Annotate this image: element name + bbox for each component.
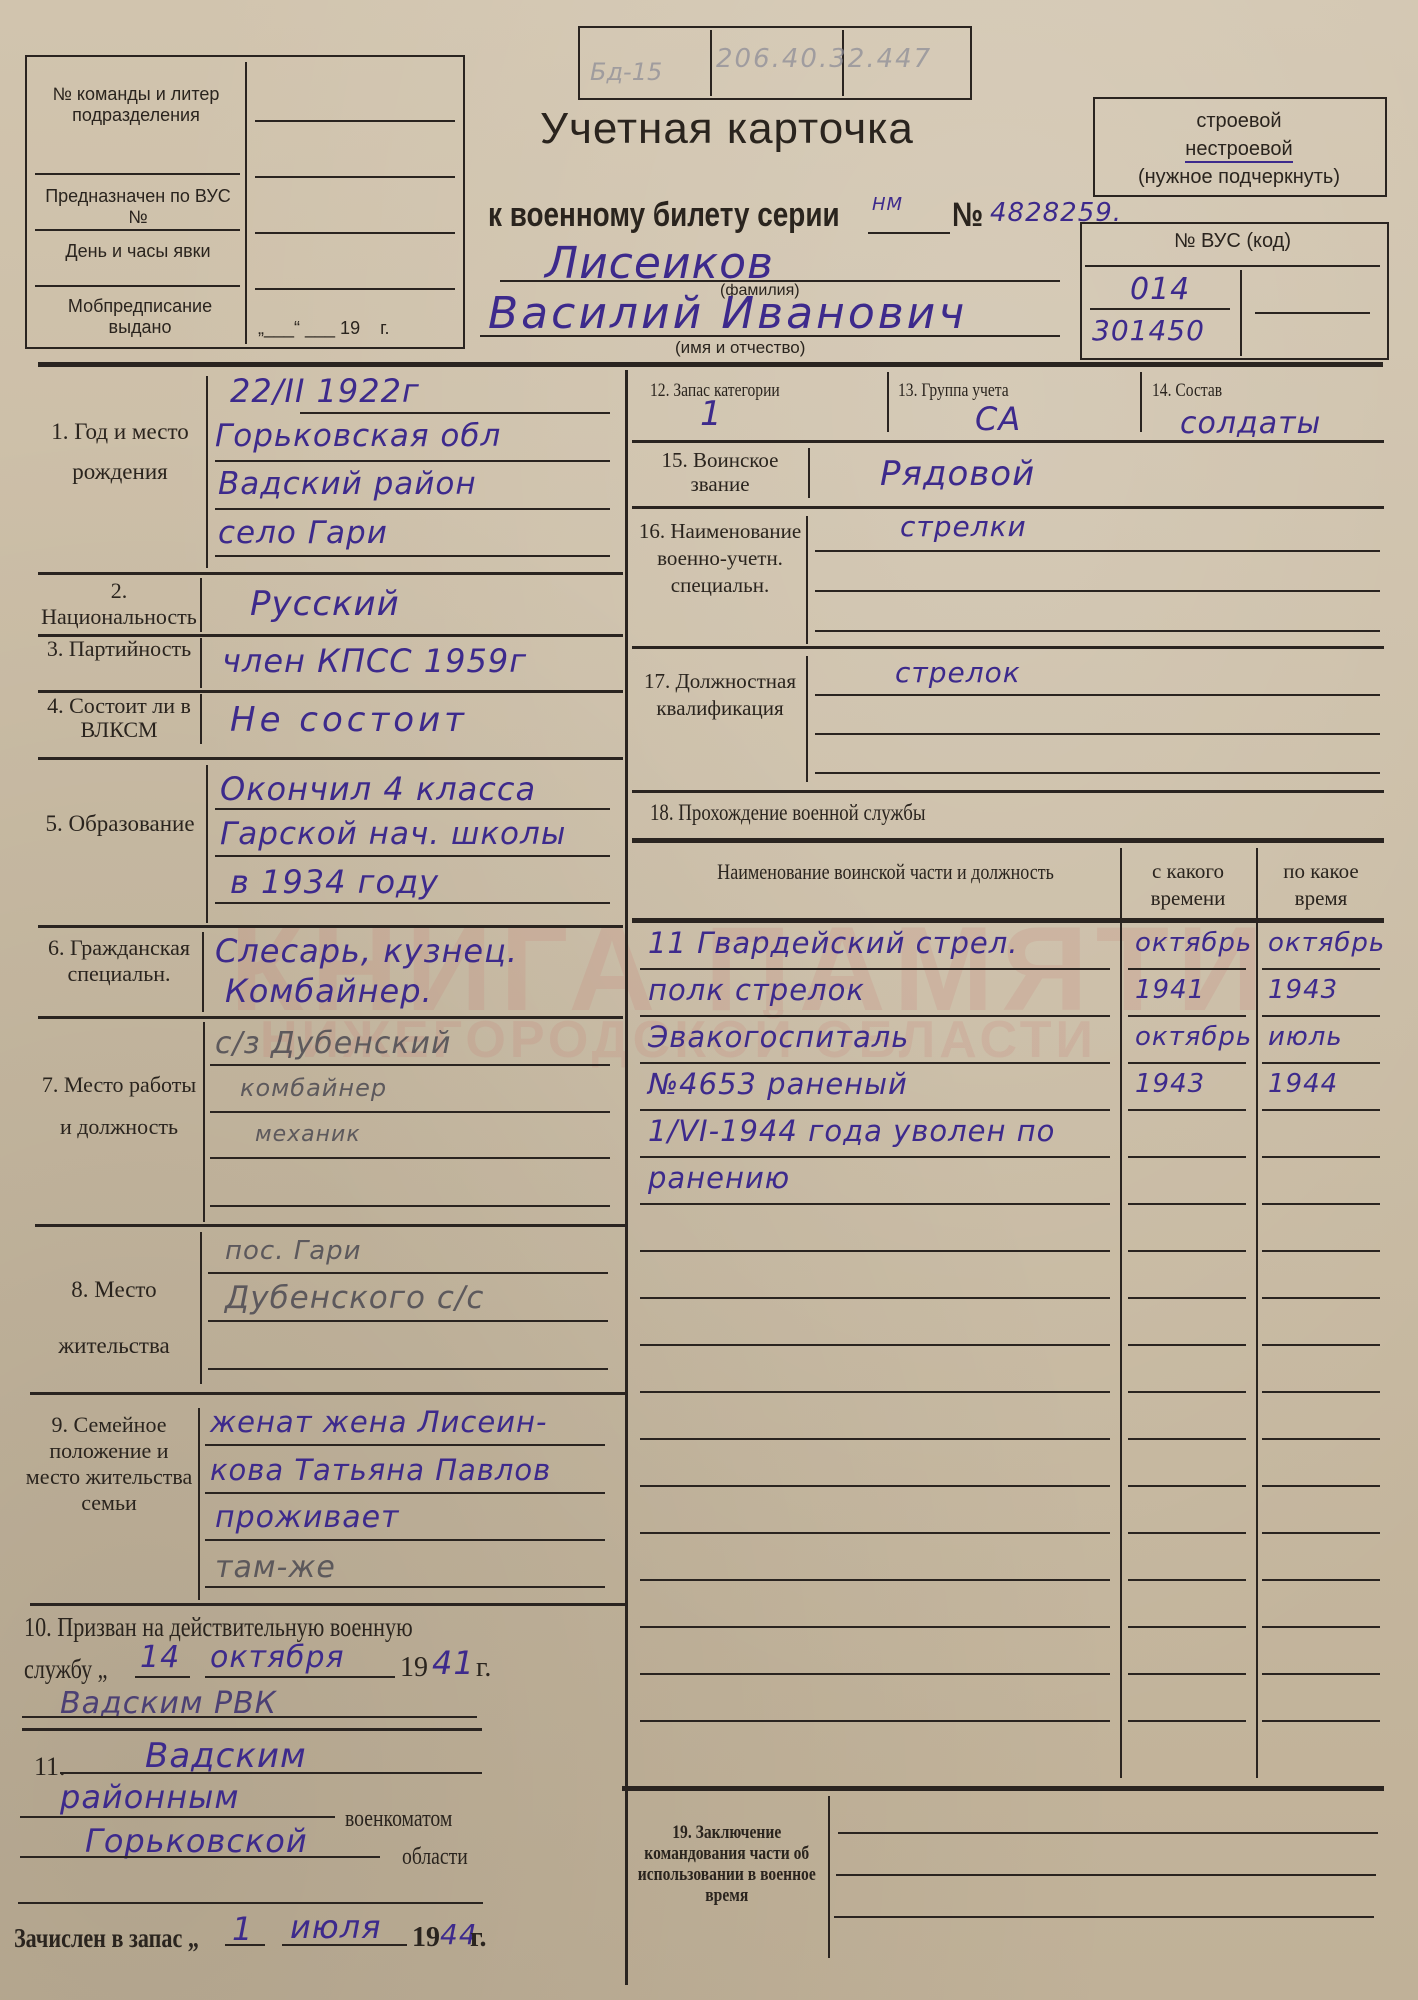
field-4-value: Не состоит [230,700,468,740]
service-row-from: октябрь [1135,1022,1252,1052]
row-rule [1262,1109,1380,1111]
row-rule [1128,1250,1246,1252]
field-15-label: 15. Воинское звание [635,448,805,496]
row-rule [1262,1344,1380,1346]
field-13-label: 13. Группа учета [898,380,1009,402]
service-row-unit: полк стрелок [648,973,865,1007]
stamp-label-vus: Предназначен по ВУС № [38,186,238,228]
service-type-combat: строевой [1093,110,1385,133]
stamp-label-appearance: День и часы явки [38,241,238,262]
archive-code-1: Бд-15 [590,58,662,86]
service-row-unit: 1/VI-1944 года уволен по [648,1114,1055,1148]
service-row-to: июль [1268,1022,1343,1052]
row-rule [1128,1579,1246,1581]
field-1-line-2: Горьковская обл [215,418,501,454]
reserve-month: июля [290,1908,381,1946]
field-1-line-1: 22/II 1922г [230,372,420,410]
row-rule [1262,1626,1380,1628]
row-rule [640,1485,1110,1487]
row-rule [1128,1391,1246,1393]
row-rule [1262,1156,1380,1158]
ticket-series: НМ [872,194,903,215]
reserve-day: 1 [232,1910,253,1948]
row-rule [1262,1673,1380,1675]
field-9-line-3: проживает [215,1500,400,1535]
field-12-value: 1 [700,394,723,434]
service-row-unit: №4653 раненый [648,1067,908,1101]
field-14-value: солдаты [1180,406,1321,441]
service-type-noncombat: нестроевой [1093,138,1385,161]
service-row-from: 1941 [1135,975,1205,1005]
field-3-value: член КПСС 1959г [222,642,527,680]
row-rule [640,1532,1110,1534]
row-rule [1128,1720,1246,1722]
row-rule [1128,1156,1246,1158]
field-11-suffix-2: военкоматом [345,1806,452,1833]
row-rule [640,1156,1110,1158]
row-rule [1128,1203,1246,1205]
row-rule [640,1297,1110,1299]
name-caption: (имя и отчество) [675,338,805,358]
row-rule [1262,1391,1380,1393]
row-rule [1262,1532,1380,1534]
row-rule [1262,1250,1380,1252]
field-10-label: 10. Призван на действительную военную [24,1612,413,1643]
field-9-line-1: женат жена Лисеин- [210,1405,547,1439]
field-7-label: 7. Место работы и должность [38,1064,200,1148]
row-rule [1128,1673,1246,1675]
row-rule [1262,1720,1380,1722]
row-rule [1262,1485,1380,1487]
row-rule [640,1438,1110,1440]
field-5-line-3: в 1934 году [230,863,439,901]
vus-code-top: 014 [1130,272,1190,307]
field-5-line-2: Гарской нач. школы [220,816,566,852]
field-1-line-3: Вадский район [218,466,477,502]
service-col-from: с какого времени [1122,858,1254,912]
row-rule [640,1062,1110,1064]
archive-code-2: 206.40.32.447 [716,44,932,74]
service-row-to: октябрь [1268,928,1385,958]
field-10-year-prefix: 19 [400,1652,428,1684]
row-rule [1128,1626,1246,1628]
reserve-label: Зачислен в запас „ [14,1923,199,1954]
row-rule [1262,1062,1380,1064]
row-rule [1128,1297,1246,1299]
service-row-to: 1944 [1268,1069,1338,1099]
row-rule [640,1015,1110,1017]
field-1-label: 1. Год и место рождения [40,412,200,492]
field-8-line-1: пос. Гари [225,1236,362,1266]
field-11-line-1: Вадским [145,1736,307,1776]
field-10-year-suffix: 41 [432,1644,475,1682]
field-16-label: 16. Наименование военно-учетн. специальн… [635,518,805,599]
field-9-line-4: там-же [215,1550,336,1585]
row-rule [640,1344,1110,1346]
service-row-from: октябрь [1135,928,1252,958]
field-7-line-2: комбайнер [240,1074,387,1102]
field-18-title: 18. Прохождение военной службы [650,800,925,826]
page-title: Учетная карточка [540,104,914,154]
service-col-unit: Наименование воинской части и должность [660,858,1111,885]
field-7-line-1: с/з Дубенский [215,1026,451,1061]
reserve-year-prefix: 19 [412,1922,440,1954]
field-11-line-3: Горьковской [85,1822,308,1860]
field-5-label: 5. Образование [40,798,200,850]
field-8-line-2: Дубенского с/с [225,1280,484,1316]
field-11-line-2: районным [60,1778,240,1816]
field-2-label: 2. Национальность [40,578,198,630]
field-17-label: 17. Должностная квалификация [635,668,805,722]
field-10-day: 14 [140,1640,180,1675]
field-2-value: Русский [250,584,400,624]
field-17-value: стрелок [895,656,1021,689]
service-row-from: 1943 [1135,1069,1205,1099]
field-9-line-2: кова Татьяна Павлов [210,1453,551,1487]
field-16-value: стрелки [900,510,1027,543]
field-8-label: 8. Место жительства [30,1262,198,1374]
row-rule [1262,1297,1380,1299]
field-19-label: 19. Заключение командования части об исп… [630,1822,824,1906]
row-rule [1128,968,1246,970]
service-row-to: 1943 [1268,975,1338,1005]
vus-label: № ВУС (код) [1080,230,1385,253]
row-rule [1128,1532,1246,1534]
row-rule [1262,1438,1380,1440]
reserve-g: г. [470,1922,487,1954]
row-rule [1128,1344,1246,1346]
row-rule [1262,1579,1380,1581]
service-row-unit: 11 Гвардейский стрел. [648,926,1019,960]
row-rule [640,1579,1110,1581]
row-rule [1262,968,1380,970]
field-6-line-2: Комбайнер. [225,972,433,1010]
ticket-label: к военному билету серии [488,196,840,235]
ticket-no-label: № [952,196,983,235]
row-rule [640,1203,1110,1205]
field-4-label: 4. Состоит ли в ВЛКСМ [36,694,202,742]
field-15-value: Рядовой [880,454,1035,494]
row-rule [1128,1485,1246,1487]
row-rule [640,1250,1110,1252]
field-6-line-1: Слесарь, кузнец. [215,932,518,970]
field-6-label: 6. Гражданская специальн. [38,935,200,987]
field-3-label: 3. Партийность [40,636,198,661]
row-rule [640,1391,1110,1393]
field-10-month: октября [210,1640,345,1675]
field-11-suffix-3: области [402,1844,468,1871]
row-rule [1128,1062,1246,1064]
row-rule [640,1626,1110,1628]
row-rule [1128,1438,1246,1440]
row-rule [640,968,1110,970]
stamp-mob-date: „___“ ___ 19 г. [258,318,389,339]
field-10-service: службу „ [24,1654,108,1685]
field-7-line-3: механик [255,1122,361,1147]
service-row-unit: Эвакогоспиталь [648,1020,909,1054]
field-9-label: 9. Семейное положение и место жительства… [24,1412,194,1516]
row-rule [1128,1109,1246,1111]
field-13-value: СА [975,400,1021,438]
row-rule [1262,1203,1380,1205]
row-rule [640,1673,1110,1675]
row-rule [1262,1015,1380,1017]
service-type-note: (нужное подчеркнуть) [1093,166,1385,189]
name-patronymic: Василий Иванович [488,288,967,339]
field-14-label: 14. Состав [1152,380,1222,402]
stamp-label-command: № команды и литер подразделения [30,84,242,126]
service-row-unit: ранению [648,1161,790,1195]
stamp-label-mob: Мобпредписание выдано [34,296,246,338]
field-1-line-4: село Гари [218,515,388,551]
field-5-line-1: Окончил 4 класса [220,770,536,808]
row-rule [640,1720,1110,1722]
row-rule [640,1109,1110,1111]
row-rule [1128,1015,1246,1017]
service-col-to: по какое время [1258,858,1384,912]
vus-code-bottom: 301450 [1092,314,1205,347]
field-10-g: г. [476,1652,491,1684]
